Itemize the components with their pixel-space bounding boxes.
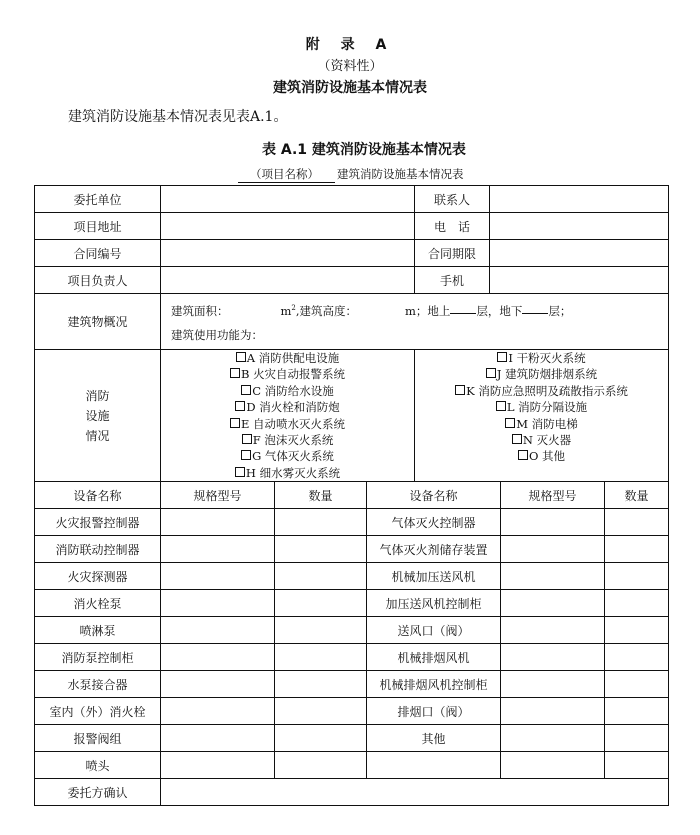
confirmation-label: 委托方确认 bbox=[35, 779, 161, 806]
checkbox-icon[interactable] bbox=[242, 434, 252, 444]
facility-name: 自动喷水灭火系统 bbox=[253, 417, 345, 431]
equipment-name: 其他 bbox=[367, 725, 501, 752]
equipment-name: 加压送风机控制柜 bbox=[367, 590, 501, 617]
facility-checkbox-j[interactable]: J 建筑防烟排烟系统 bbox=[415, 366, 668, 382]
spec-input[interactable] bbox=[501, 671, 605, 698]
facility-checkbox-m[interactable]: M 消防电梯 bbox=[415, 416, 668, 432]
spec-input[interactable] bbox=[161, 590, 275, 617]
checkbox-icon[interactable] bbox=[241, 385, 251, 395]
facility-name: 消防电梯 bbox=[528, 417, 578, 431]
quantity-input[interactable] bbox=[605, 752, 669, 779]
facility-checkbox-e[interactable]: E 自动喷水灭火系统 bbox=[161, 416, 414, 432]
column-header: 设备名称 bbox=[367, 482, 501, 509]
quantity-input[interactable] bbox=[275, 536, 367, 563]
confirmation-row: 委托方确认 bbox=[35, 779, 669, 806]
info-row: 委托单位 联系人 bbox=[35, 186, 669, 213]
info-label: 项目负责人 bbox=[35, 267, 161, 294]
checkbox-icon[interactable] bbox=[455, 385, 465, 395]
checkbox-icon[interactable] bbox=[230, 418, 240, 428]
column-header: 设备名称 bbox=[35, 482, 161, 509]
table-row: 火灾报警控制器 气体灭火控制器 bbox=[35, 509, 669, 536]
column-header: 规格型号 bbox=[501, 482, 605, 509]
checkbox-icon[interactable] bbox=[512, 434, 522, 444]
facilities-list-left: A 消防供配电设施 B 火灾自动报警系统 C 消防给水设施 D 消火栓和消防炮 … bbox=[161, 350, 415, 482]
equipment-name: 气体灭火剂储存装置 bbox=[367, 536, 501, 563]
building-details: 建筑面积：m2,建筑高度：m；地上层，地下层； 建筑使用功能为： bbox=[161, 294, 669, 350]
floors-above-unit: 层，地下 bbox=[476, 303, 522, 317]
table-row: 消防泵控制柜 机械排烟风机 bbox=[35, 644, 669, 671]
facility-name: 消防应急照明及疏散指示系统 bbox=[478, 384, 628, 398]
facility-code: D bbox=[246, 400, 255, 414]
spec-input[interactable] bbox=[501, 698, 605, 725]
table-row: 喷头 bbox=[35, 752, 669, 779]
info-row: 合同编号 合同期限 bbox=[35, 240, 669, 267]
appendix-title: 建筑消防设施基本情况表 bbox=[0, 77, 700, 97]
equipment-name: 机械排烟风机 bbox=[367, 644, 501, 671]
quantity-input[interactable] bbox=[275, 509, 367, 536]
equipment-name: 送风口（阀） bbox=[367, 617, 501, 644]
facilities-label-line: 消防 bbox=[35, 386, 160, 406]
table-row: 室内（外）消火栓 排烟口（阀） bbox=[35, 698, 669, 725]
equipment-name: 气体灭火控制器 bbox=[367, 509, 501, 536]
spec-input[interactable] bbox=[161, 725, 275, 752]
spec-input[interactable] bbox=[161, 698, 275, 725]
facility-code: N bbox=[523, 433, 533, 447]
info-label: 联系人 bbox=[415, 186, 490, 213]
quantity-input[interactable] bbox=[275, 752, 367, 779]
info-label: 合同期限 bbox=[415, 240, 490, 267]
equipment-name: 水泵接合器 bbox=[35, 671, 161, 698]
floors-below-input[interactable] bbox=[522, 301, 548, 314]
facility-checkbox-f[interactable]: F 泡沫灭火系统 bbox=[161, 432, 414, 448]
spec-input[interactable] bbox=[501, 563, 605, 590]
quantity-input[interactable] bbox=[605, 536, 669, 563]
info-row: 项目负责人 手机 bbox=[35, 267, 669, 294]
height-label: ,建筑高度： bbox=[296, 303, 357, 317]
checkbox-icon[interactable] bbox=[236, 352, 246, 362]
column-header: 数量 bbox=[605, 482, 669, 509]
facility-code: F bbox=[253, 433, 261, 447]
column-header: 规格型号 bbox=[161, 482, 275, 509]
info-label: 手机 bbox=[415, 267, 490, 294]
facility-checkbox-k[interactable]: K 消防应急照明及疏散指示系统 bbox=[415, 383, 668, 399]
facility-name: 消防给水设施 bbox=[265, 384, 334, 398]
height-unit: m；地上 bbox=[405, 303, 450, 317]
quantity-input[interactable] bbox=[275, 671, 367, 698]
equipment-name: 消防泵控制柜 bbox=[35, 644, 161, 671]
spec-input[interactable] bbox=[161, 752, 275, 779]
area-label: 建筑面积： bbox=[171, 303, 229, 317]
facility-checkbox-c[interactable]: C 消防给水设施 bbox=[161, 383, 414, 399]
facility-name: 细水雾灭火系统 bbox=[260, 466, 341, 480]
project-name-line: （项目名称）建筑消防设施基本情况表 bbox=[238, 166, 464, 183]
facility-code: O bbox=[529, 449, 538, 463]
spec-input[interactable] bbox=[161, 563, 275, 590]
equipment-name: 火灾探测器 bbox=[35, 563, 161, 590]
project-manager-input[interactable] bbox=[161, 267, 415, 294]
facility-checkbox-n[interactable]: N 灭火器 bbox=[415, 432, 668, 448]
facility-name: 其他 bbox=[538, 449, 565, 463]
function-label: 建筑使用功能为： bbox=[171, 328, 263, 342]
equipment-name: 排烟口（阀） bbox=[367, 698, 501, 725]
appendix-heading: 附 录 A bbox=[0, 34, 700, 54]
spec-input[interactable] bbox=[161, 509, 275, 536]
quantity-input[interactable] bbox=[605, 590, 669, 617]
facility-code: I bbox=[508, 351, 513, 365]
info-label: 项目地址 bbox=[35, 213, 161, 240]
phone-input[interactable] bbox=[490, 213, 669, 240]
facility-code: M bbox=[516, 417, 528, 431]
facility-code: G bbox=[252, 449, 261, 463]
quantity-input[interactable] bbox=[605, 617, 669, 644]
contact-person-input[interactable] bbox=[490, 186, 669, 213]
equipment-name: 机械排烟风机控制柜 bbox=[367, 671, 501, 698]
mobile-input[interactable] bbox=[490, 267, 669, 294]
building-label: 建筑物概况 bbox=[35, 294, 161, 350]
facility-name: 泡沫灭火系统 bbox=[264, 433, 333, 447]
facilities-label-line: 情况 bbox=[35, 426, 160, 446]
building-dimensions-line: 建筑面积：m2,建筑高度：m；地上层，地下层； bbox=[171, 295, 668, 322]
quantity-input[interactable] bbox=[275, 590, 367, 617]
table-row: 火灾探测器 机械加压送风机 bbox=[35, 563, 669, 590]
facility-code: K bbox=[466, 384, 475, 398]
facility-code: L bbox=[507, 400, 515, 414]
info-label: 电 话 bbox=[415, 213, 490, 240]
table-row: 消火栓泵 加压送风机控制柜 bbox=[35, 590, 669, 617]
table-row: 消防联动控制器 气体灭火剂储存装置 bbox=[35, 536, 669, 563]
equipment-name: 喷淋泵 bbox=[35, 617, 161, 644]
facility-code: C bbox=[252, 384, 261, 398]
confirmation-input[interactable] bbox=[161, 779, 669, 806]
facility-checkbox-h[interactable]: H 细水雾灭火系统 bbox=[161, 465, 414, 481]
equipment-name: 消火栓泵 bbox=[35, 590, 161, 617]
checkbox-icon[interactable] bbox=[497, 352, 507, 362]
spec-input[interactable] bbox=[501, 752, 605, 779]
table-row: 水泵接合器 机械排烟风机控制柜 bbox=[35, 671, 669, 698]
info-label: 委托单位 bbox=[35, 186, 161, 213]
quantity-input[interactable] bbox=[275, 698, 367, 725]
client-unit-input[interactable] bbox=[161, 186, 415, 213]
spec-input[interactable] bbox=[501, 725, 605, 752]
equipment-name-input[interactable] bbox=[367, 752, 501, 779]
facility-name: 消火栓和消防炮 bbox=[259, 400, 340, 414]
contract-period-input[interactable] bbox=[490, 240, 669, 267]
floors-below-unit: 层； bbox=[548, 303, 571, 317]
equipment-name: 火灾报警控制器 bbox=[35, 509, 161, 536]
quantity-input[interactable] bbox=[605, 509, 669, 536]
equipment-name: 消防联动控制器 bbox=[35, 536, 161, 563]
quantity-input[interactable] bbox=[275, 644, 367, 671]
checkbox-icon[interactable] bbox=[518, 450, 528, 460]
building-row: 建筑物概况 建筑面积：m2,建筑高度：m；地上层，地下层； 建筑使用功能为： bbox=[35, 294, 669, 350]
spec-input[interactable] bbox=[501, 644, 605, 671]
spec-input[interactable] bbox=[501, 509, 605, 536]
facility-name: 干粉灭火系统 bbox=[517, 351, 586, 365]
info-label: 合同编号 bbox=[35, 240, 161, 267]
floors-above-input[interactable] bbox=[450, 301, 476, 314]
facility-name: 气体灭火系统 bbox=[265, 449, 334, 463]
facility-code: H bbox=[246, 466, 256, 480]
checkbox-icon[interactable] bbox=[241, 450, 251, 460]
spec-input[interactable] bbox=[161, 671, 275, 698]
facilities-form-table: 委托单位 联系人 项目地址 电 话 合同编号 合同期限 项目负责人 手机 建筑物… bbox=[34, 185, 669, 806]
checkbox-icon[interactable] bbox=[230, 368, 240, 378]
equipment-header-row: 设备名称 规格型号 数量 设备名称 规格型号 数量 bbox=[35, 482, 669, 509]
facilities-label: 消防 设施 情况 bbox=[35, 350, 161, 482]
facility-checkbox-i[interactable]: I 干粉灭火系统 bbox=[415, 350, 668, 366]
facility-code: E bbox=[241, 417, 249, 431]
equipment-name: 喷头 bbox=[35, 752, 161, 779]
quantity-input[interactable] bbox=[605, 698, 669, 725]
facility-checkbox-g[interactable]: G 气体灭火系统 bbox=[161, 448, 414, 464]
spec-input[interactable] bbox=[501, 617, 605, 644]
area-unit: m bbox=[281, 303, 292, 317]
quantity-input[interactable] bbox=[605, 725, 669, 752]
project-name-suffix: 建筑消防设施基本情况表 bbox=[337, 167, 464, 181]
checkbox-icon[interactable] bbox=[505, 418, 515, 428]
spec-input[interactable] bbox=[501, 590, 605, 617]
appendix-nature: （资料性） bbox=[0, 55, 700, 74]
building-function-line: 建筑使用功能为： bbox=[171, 322, 668, 349]
checkbox-icon[interactable] bbox=[235, 401, 245, 411]
table-title: 表 A.1 建筑消防设施基本情况表 bbox=[262, 139, 466, 159]
table-row: 报警阀组 其他 bbox=[35, 725, 669, 752]
facility-code: A bbox=[247, 351, 255, 365]
facility-checkbox-d[interactable]: D 消火栓和消防炮 bbox=[161, 399, 414, 415]
checkbox-icon[interactable] bbox=[486, 368, 496, 378]
quantity-input[interactable] bbox=[605, 671, 669, 698]
facilities-label-line: 设施 bbox=[35, 406, 160, 426]
quantity-input[interactable] bbox=[275, 725, 367, 752]
facility-checkbox-o[interactable]: O 其他 bbox=[415, 448, 668, 464]
facility-checkbox-b[interactable]: B 火灾自动报警系统 bbox=[161, 366, 414, 382]
facility-checkbox-a[interactable]: A 消防供配电设施 bbox=[161, 350, 414, 366]
facilities-list-right: I 干粉灭火系统 J 建筑防烟排烟系统 K 消防应急照明及疏散指示系统 L 消防… bbox=[415, 350, 669, 482]
equipment-name: 报警阀组 bbox=[35, 725, 161, 752]
facility-code: B bbox=[241, 367, 249, 381]
facility-name: 消防分隔设施 bbox=[518, 400, 587, 414]
facility-name: 消防供配电设施 bbox=[259, 351, 340, 365]
facility-name: 火灾自动报警系统 bbox=[253, 367, 345, 381]
intro-paragraph: 建筑消防设施基本情况表见表A.1。 bbox=[68, 106, 287, 126]
checkbox-icon[interactable] bbox=[235, 467, 245, 477]
facilities-row: 消防 设施 情况 A 消防供配电设施 B 火灾自动报警系统 C 消防给水设施 D… bbox=[35, 350, 669, 482]
equipment-name: 室内（外）消火栓 bbox=[35, 698, 161, 725]
spec-input[interactable] bbox=[161, 617, 275, 644]
column-header: 数量 bbox=[275, 482, 367, 509]
spec-input[interactable] bbox=[501, 536, 605, 563]
quantity-input[interactable] bbox=[275, 617, 367, 644]
project-address-input[interactable] bbox=[161, 213, 415, 240]
quantity-input[interactable] bbox=[605, 563, 669, 590]
project-name-field[interactable]: （项目名称） bbox=[238, 166, 335, 183]
info-row: 项目地址 电 话 bbox=[35, 213, 669, 240]
table-row: 喷淋泵 送风口（阀） bbox=[35, 617, 669, 644]
quantity-input[interactable] bbox=[605, 644, 669, 671]
quantity-input[interactable] bbox=[275, 563, 367, 590]
facility-name: 建筑防烟排烟系统 bbox=[505, 367, 597, 381]
checkbox-icon[interactable] bbox=[496, 401, 506, 411]
equipment-name: 机械加压送风机 bbox=[367, 563, 501, 590]
spec-input[interactable] bbox=[161, 644, 275, 671]
facility-code: J bbox=[497, 367, 502, 381]
spec-input[interactable] bbox=[161, 536, 275, 563]
contract-number-input[interactable] bbox=[161, 240, 415, 267]
facility-checkbox-l[interactable]: L 消防分隔设施 bbox=[415, 399, 668, 415]
facility-name: 灭火器 bbox=[533, 433, 571, 447]
